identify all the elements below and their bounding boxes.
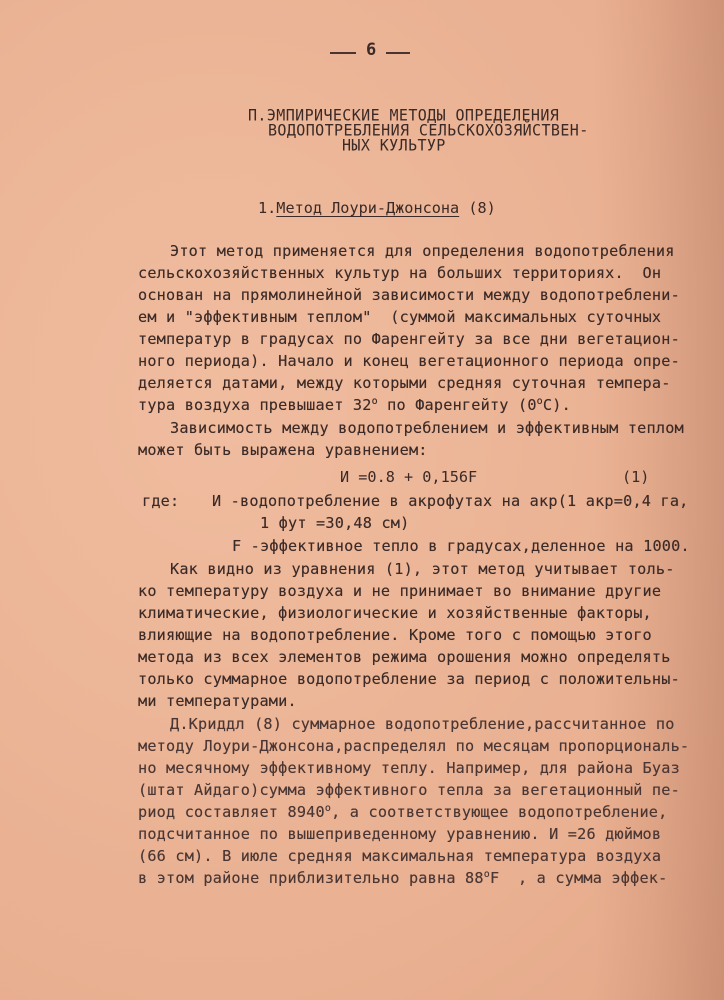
paragraph-3-line-1: Как видно из уравнения (1), этот метод у… (170, 559, 675, 579)
temperature-fahrenheit: 32 (353, 396, 372, 414)
text-span: в этом районе приблизительно равна (138, 869, 465, 887)
paragraph-1-line-8: тура воздуха превышает 32o по Фаренгейту… (138, 395, 571, 415)
celsius-unit: С (543, 396, 552, 414)
paragraph-4-line-2: методу Лоури-Джонсона,распределял по мес… (138, 736, 689, 756)
paragraph-3-line-6: только суммарное водопотребление за пери… (138, 669, 680, 689)
paragraph-1-line-5: температур в градусах по Фаренгейту за в… (138, 329, 680, 349)
paragraph-4-line-5: риод составляет 8940o, а соответствующее… (138, 802, 667, 822)
section-title: 1.Метод Лоури-Джонсона (8) (258, 199, 496, 217)
page-number-dash-left (330, 52, 356, 54)
paragraph-3-line-7: ми температурами. (138, 691, 297, 711)
max-temperature-value: 88 (465, 869, 484, 887)
paragraph-1-line-2: сельскохозяйственных культур на больших … (138, 263, 661, 283)
paragraph-3-line-4: влияющие на водопотребление. Кроме того … (138, 625, 652, 645)
text-span: , а соответствующее водопотребление, (331, 803, 667, 821)
paragraph-4-line-6: подсчитанное по вышеприведенному уравнен… (138, 824, 661, 844)
text-span: ). (552, 396, 571, 414)
fahrenheit-unit: F (490, 869, 499, 887)
paragraph-2-line-1: Зависимость между водопотреблением и эфф… (170, 418, 684, 438)
paragraph-4-line-8: в этом районе приблизительно равна 88oF … (138, 868, 667, 888)
equation-expression: И =0.8 + 0,156F (340, 468, 477, 486)
definitions-label: где: (142, 491, 179, 511)
paragraph-3-line-5: метода из всех элементов режима орошения… (138, 647, 671, 667)
paragraph-4-line-1: Д.Криддл (8) суммарное водопотребление,р… (170, 714, 675, 734)
document-page: 6 П.ЭМПИРИЧЕСКИЕ МЕТОДЫ ОПРЕДЕЛЕНИЯ ВОДО… (0, 0, 724, 1000)
paragraph-4-line-3: но месячному эффективному теплу. Наприме… (138, 758, 680, 778)
definition-u-line-1: И -водопотребление в акрофутах на акр(1 … (212, 491, 689, 511)
definition-u-line-2: 1 фут =30,48 см) (260, 513, 410, 533)
text-span: , а сумма эффек- (499, 869, 667, 887)
temperature-celsius: 0 (527, 396, 536, 414)
paragraph-1-line-4: ем и "эффективным теплом" (суммой максим… (138, 307, 661, 327)
text-span: риод составляет (138, 803, 288, 821)
chapter-heading-line-3: НЫХ КУЛЬТУР (342, 137, 446, 153)
text-span: по Фаренгейту ( (378, 396, 528, 414)
text-span: тура воздуха превышает (138, 396, 353, 414)
page-number-dash-right (386, 52, 410, 54)
equation-number: (1) (622, 468, 649, 486)
heat-sum-value: 8940 (288, 803, 325, 821)
paragraph-1-line-3: основан на прямолинейной зависимости меж… (138, 285, 680, 305)
paragraph-3-line-3: климатические, физиологические и хозяйст… (138, 603, 652, 623)
definition-f: F -эффективное тепло в градусах,деленное… (232, 536, 690, 556)
paragraph-2-line-2: может быть выражена уравнением: (138, 440, 428, 460)
paragraph-4-line-7: (66 см). В июле средняя максимальная тем… (138, 846, 661, 866)
section-reference: (8) (459, 199, 496, 217)
section-title-text: Метод Лоури-Джонсона (276, 199, 459, 217)
paragraph-1-line-7: деляется датами, между которыми средняя … (138, 373, 671, 393)
paragraph-4-line-4: (штат Айдаго)сумма эффективного тепла за… (138, 780, 680, 800)
page-number: 6 (366, 40, 376, 60)
section-number: 1. (258, 199, 276, 217)
paragraph-3-line-2: ко температуру воздуха и не принимает во… (138, 581, 661, 601)
paragraph-1-line-6: ного периода). Начало и конец вегетацион… (138, 351, 680, 371)
paragraph-1-line-1: Этот метод применяется для определения в… (170, 241, 675, 261)
